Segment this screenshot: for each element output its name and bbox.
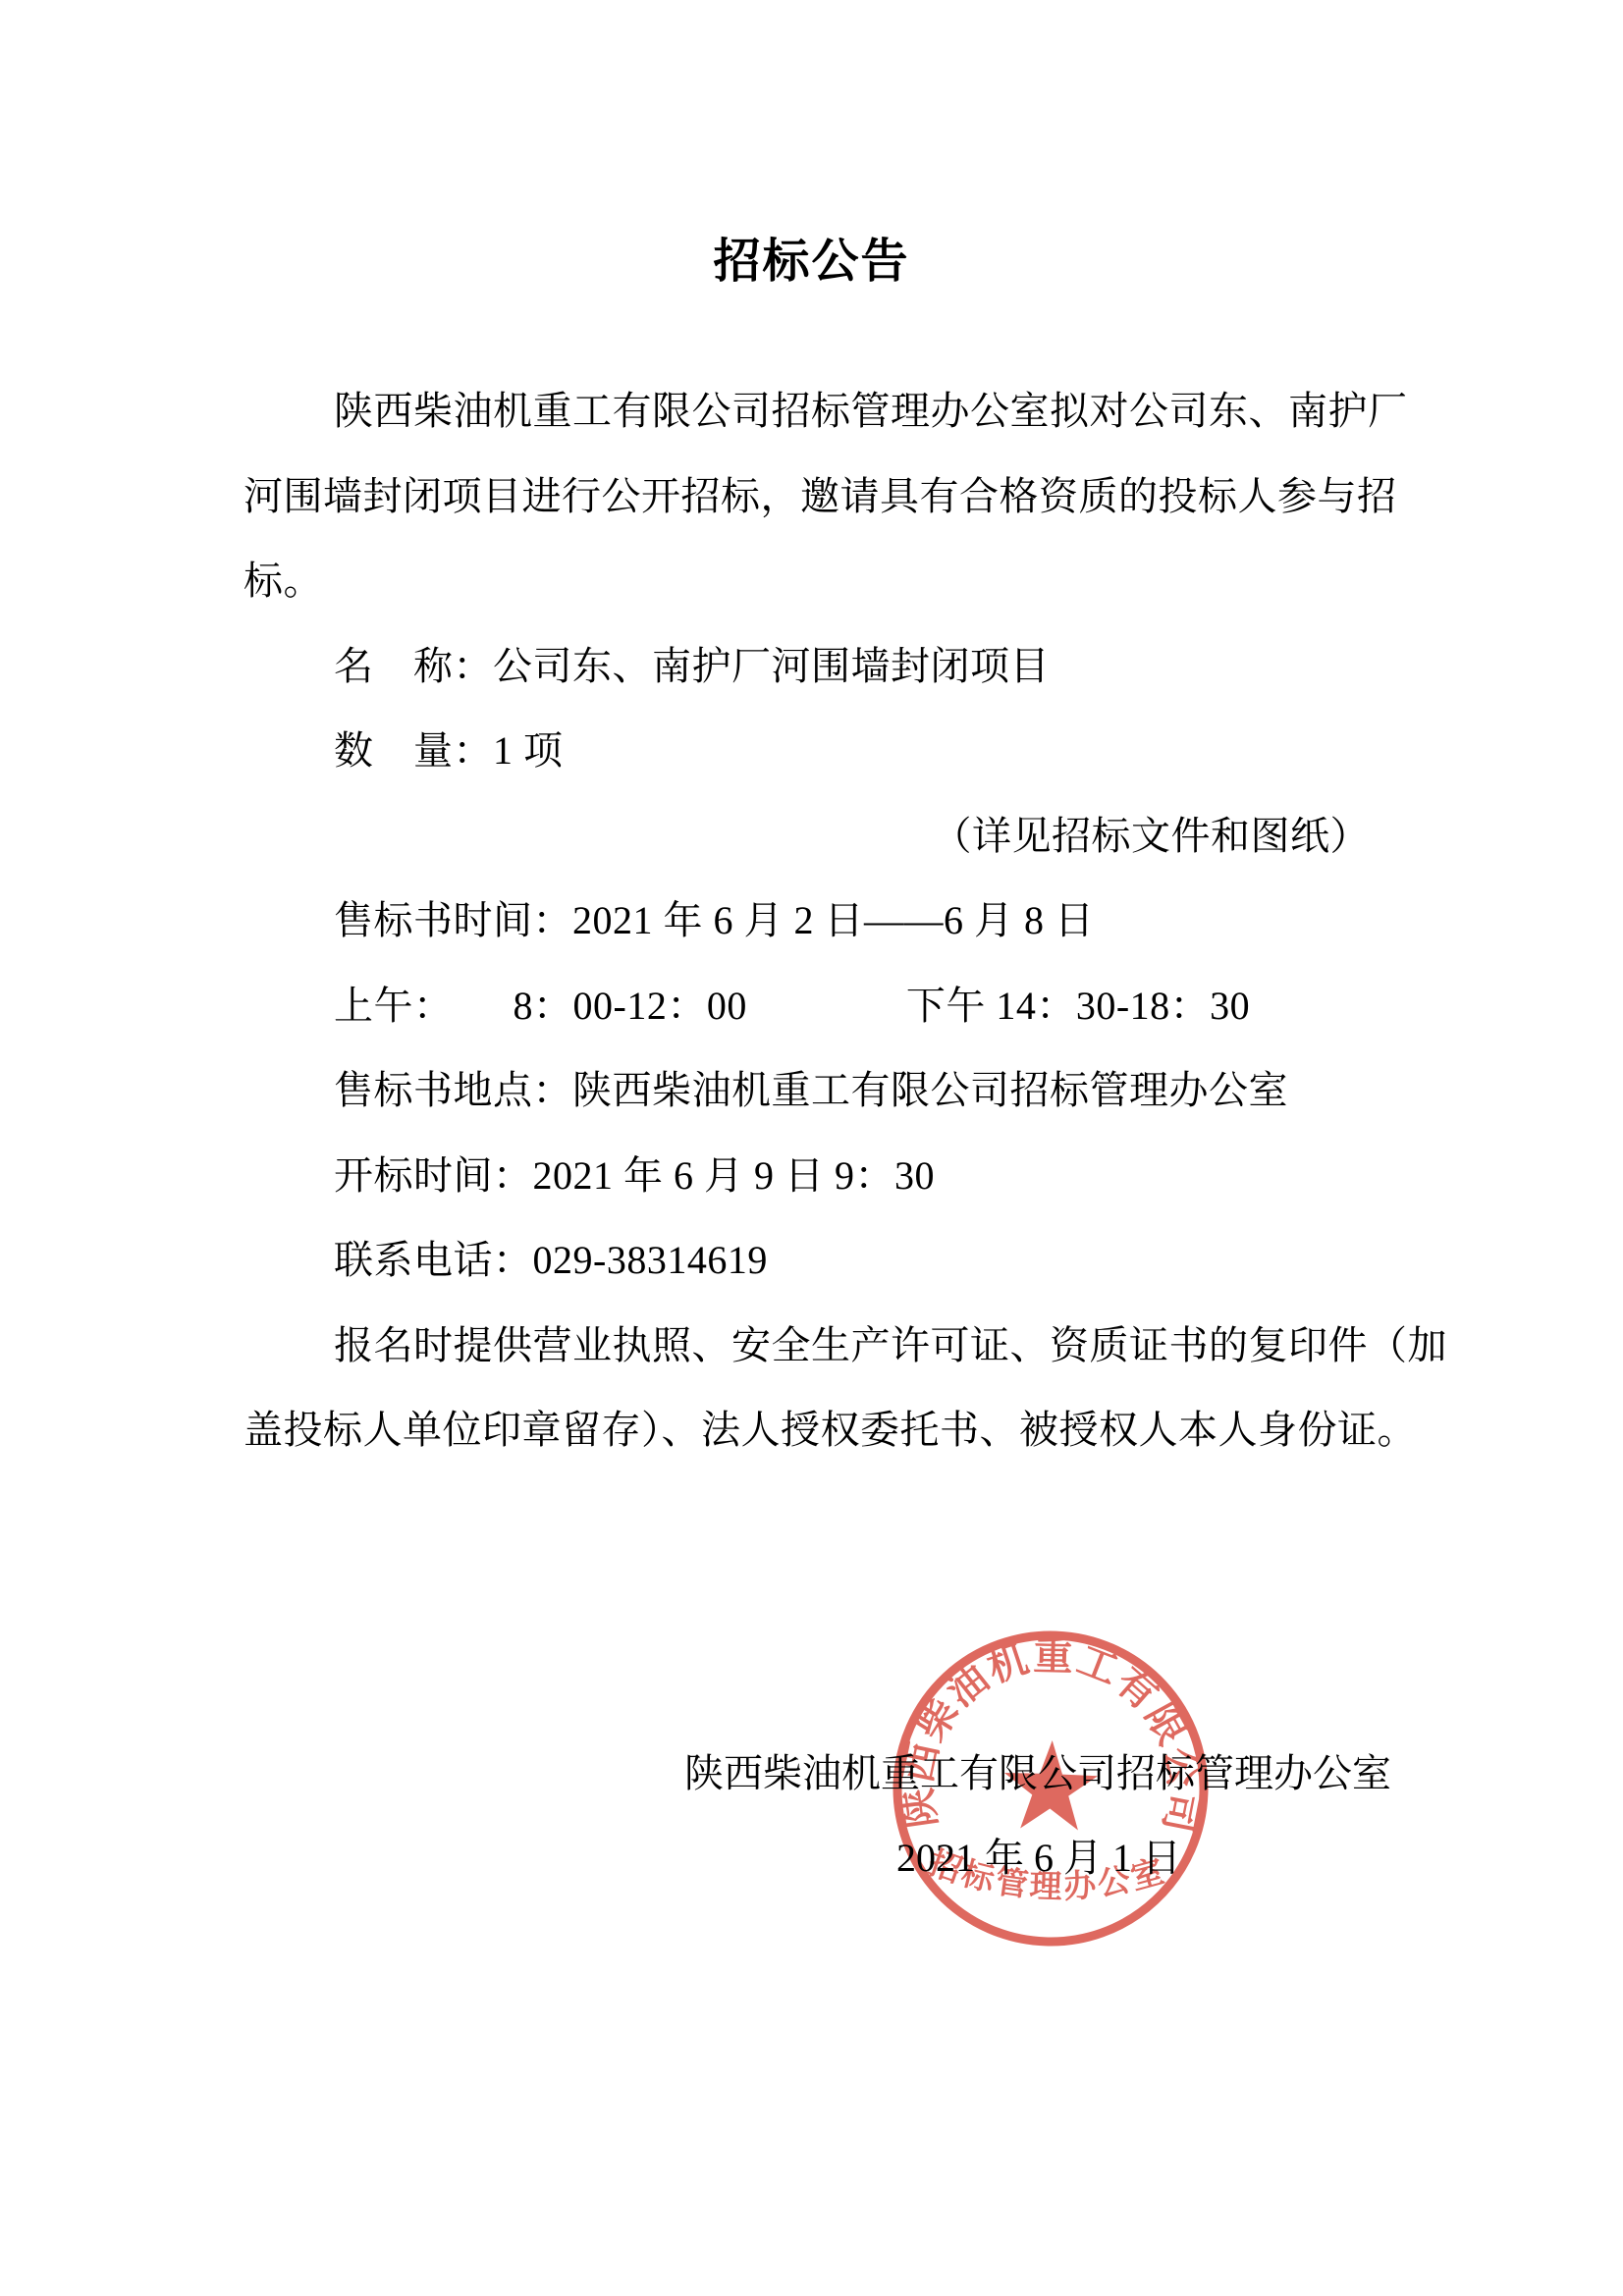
body-line-hours: 上午： 8：00-12：00 下午 14：30-18：30	[334, 983, 1250, 1030]
body-line-project-name: 名 称：公司东、南护厂河围墙封闭项目	[334, 643, 1050, 690]
body-line: 河围墙封闭项目进行公开招标，邀请具有合格资质的投标人参与招	[243, 473, 1397, 520]
document-page: 招标公告 陕西柴油机重工有限公司招标管理办公室拟对公司东、南护厂 河围墙封闭项目…	[0, 0, 1623, 2296]
body-line-quantity: 数 量：1 项	[334, 727, 564, 774]
official-seal: 陕西柴油机重工有限公司 招标管理办公室	[881, 1619, 1219, 1957]
page-title: 招标公告	[0, 232, 1623, 293]
body-line: 陕西柴油机重工有限公司招标管理办公室拟对公司东、南护厂	[334, 388, 1408, 435]
body-line-sale-time: 售标书时间：2021 年 6 月 2 日——6 月 8 日	[334, 897, 1095, 944]
body-line: 盖投标人单位印章留存）、法人授权委托书、被授权人本人身份证。	[243, 1407, 1417, 1454]
body-line: 标。	[243, 558, 323, 605]
body-line-note: （详见招标文件和图纸）	[933, 813, 1371, 860]
body-line-phone: 联系电话：029-38314619	[334, 1237, 768, 1284]
body-line-sale-place: 售标书地点：陕西柴油机重工有限公司招标管理办公室	[334, 1067, 1288, 1114]
body-line-open-time: 开标时间：2021 年 6 月 9 日 9：30	[334, 1152, 935, 1200]
seal-banner-text-holder: 招标管理办公室	[923, 1844, 1172, 1909]
body-line: 报名时提供营业执照、安全生产许可证、资质证书的复印件（加	[334, 1322, 1447, 1369]
seal-banner-text: 招标管理办公室	[923, 1844, 1172, 1909]
star-icon	[1002, 1738, 1099, 1831]
